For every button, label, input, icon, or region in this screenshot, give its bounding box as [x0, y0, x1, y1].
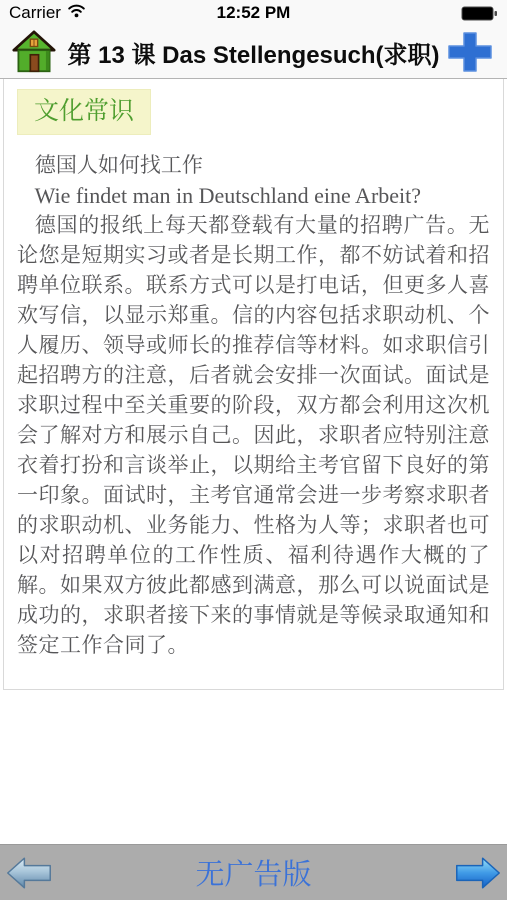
arrow-right-icon [454, 853, 502, 893]
heading-chinese: 德国人如何找工作 [17, 151, 490, 181]
heading-german: Wie findet man in Deutschland eine Arbei… [17, 181, 490, 211]
section-badge: 文化常识 [17, 89, 151, 135]
home-button[interactable] [12, 30, 56, 74]
carrier-group: Carrier [9, 3, 86, 23]
top-chrome: Carrier 12:52 PM [0, 0, 507, 79]
lesson-content-card: 文化常识 德国人如何找工作 Wie findet man in Deutschl… [3, 79, 504, 690]
nav-bar: 第 13 课 Das Stellengesuch(求职) [0, 26, 507, 78]
add-button[interactable] [445, 30, 495, 74]
carrier-label: Carrier [9, 3, 61, 23]
page-title: 第 13 课 Das Stellengesuch(求职) [0, 35, 507, 70]
arrow-left-icon [5, 853, 53, 893]
home-icon [12, 30, 56, 74]
next-page-button[interactable] [454, 853, 502, 893]
bottom-toolbar: 无广告版 [0, 844, 507, 900]
plus-icon [445, 31, 495, 73]
wifi-icon [67, 3, 86, 23]
previous-page-button[interactable] [5, 853, 53, 893]
status-bar: Carrier 12:52 PM [0, 0, 507, 26]
toolbar-center-label[interactable]: 无广告版 [0, 852, 507, 893]
battery-icon [461, 6, 498, 21]
body-paragraph: 德国的报纸上每天都登载有大量的招聘广告。无论您是短期实习或者是长期工作，都不妨试… [17, 211, 490, 661]
